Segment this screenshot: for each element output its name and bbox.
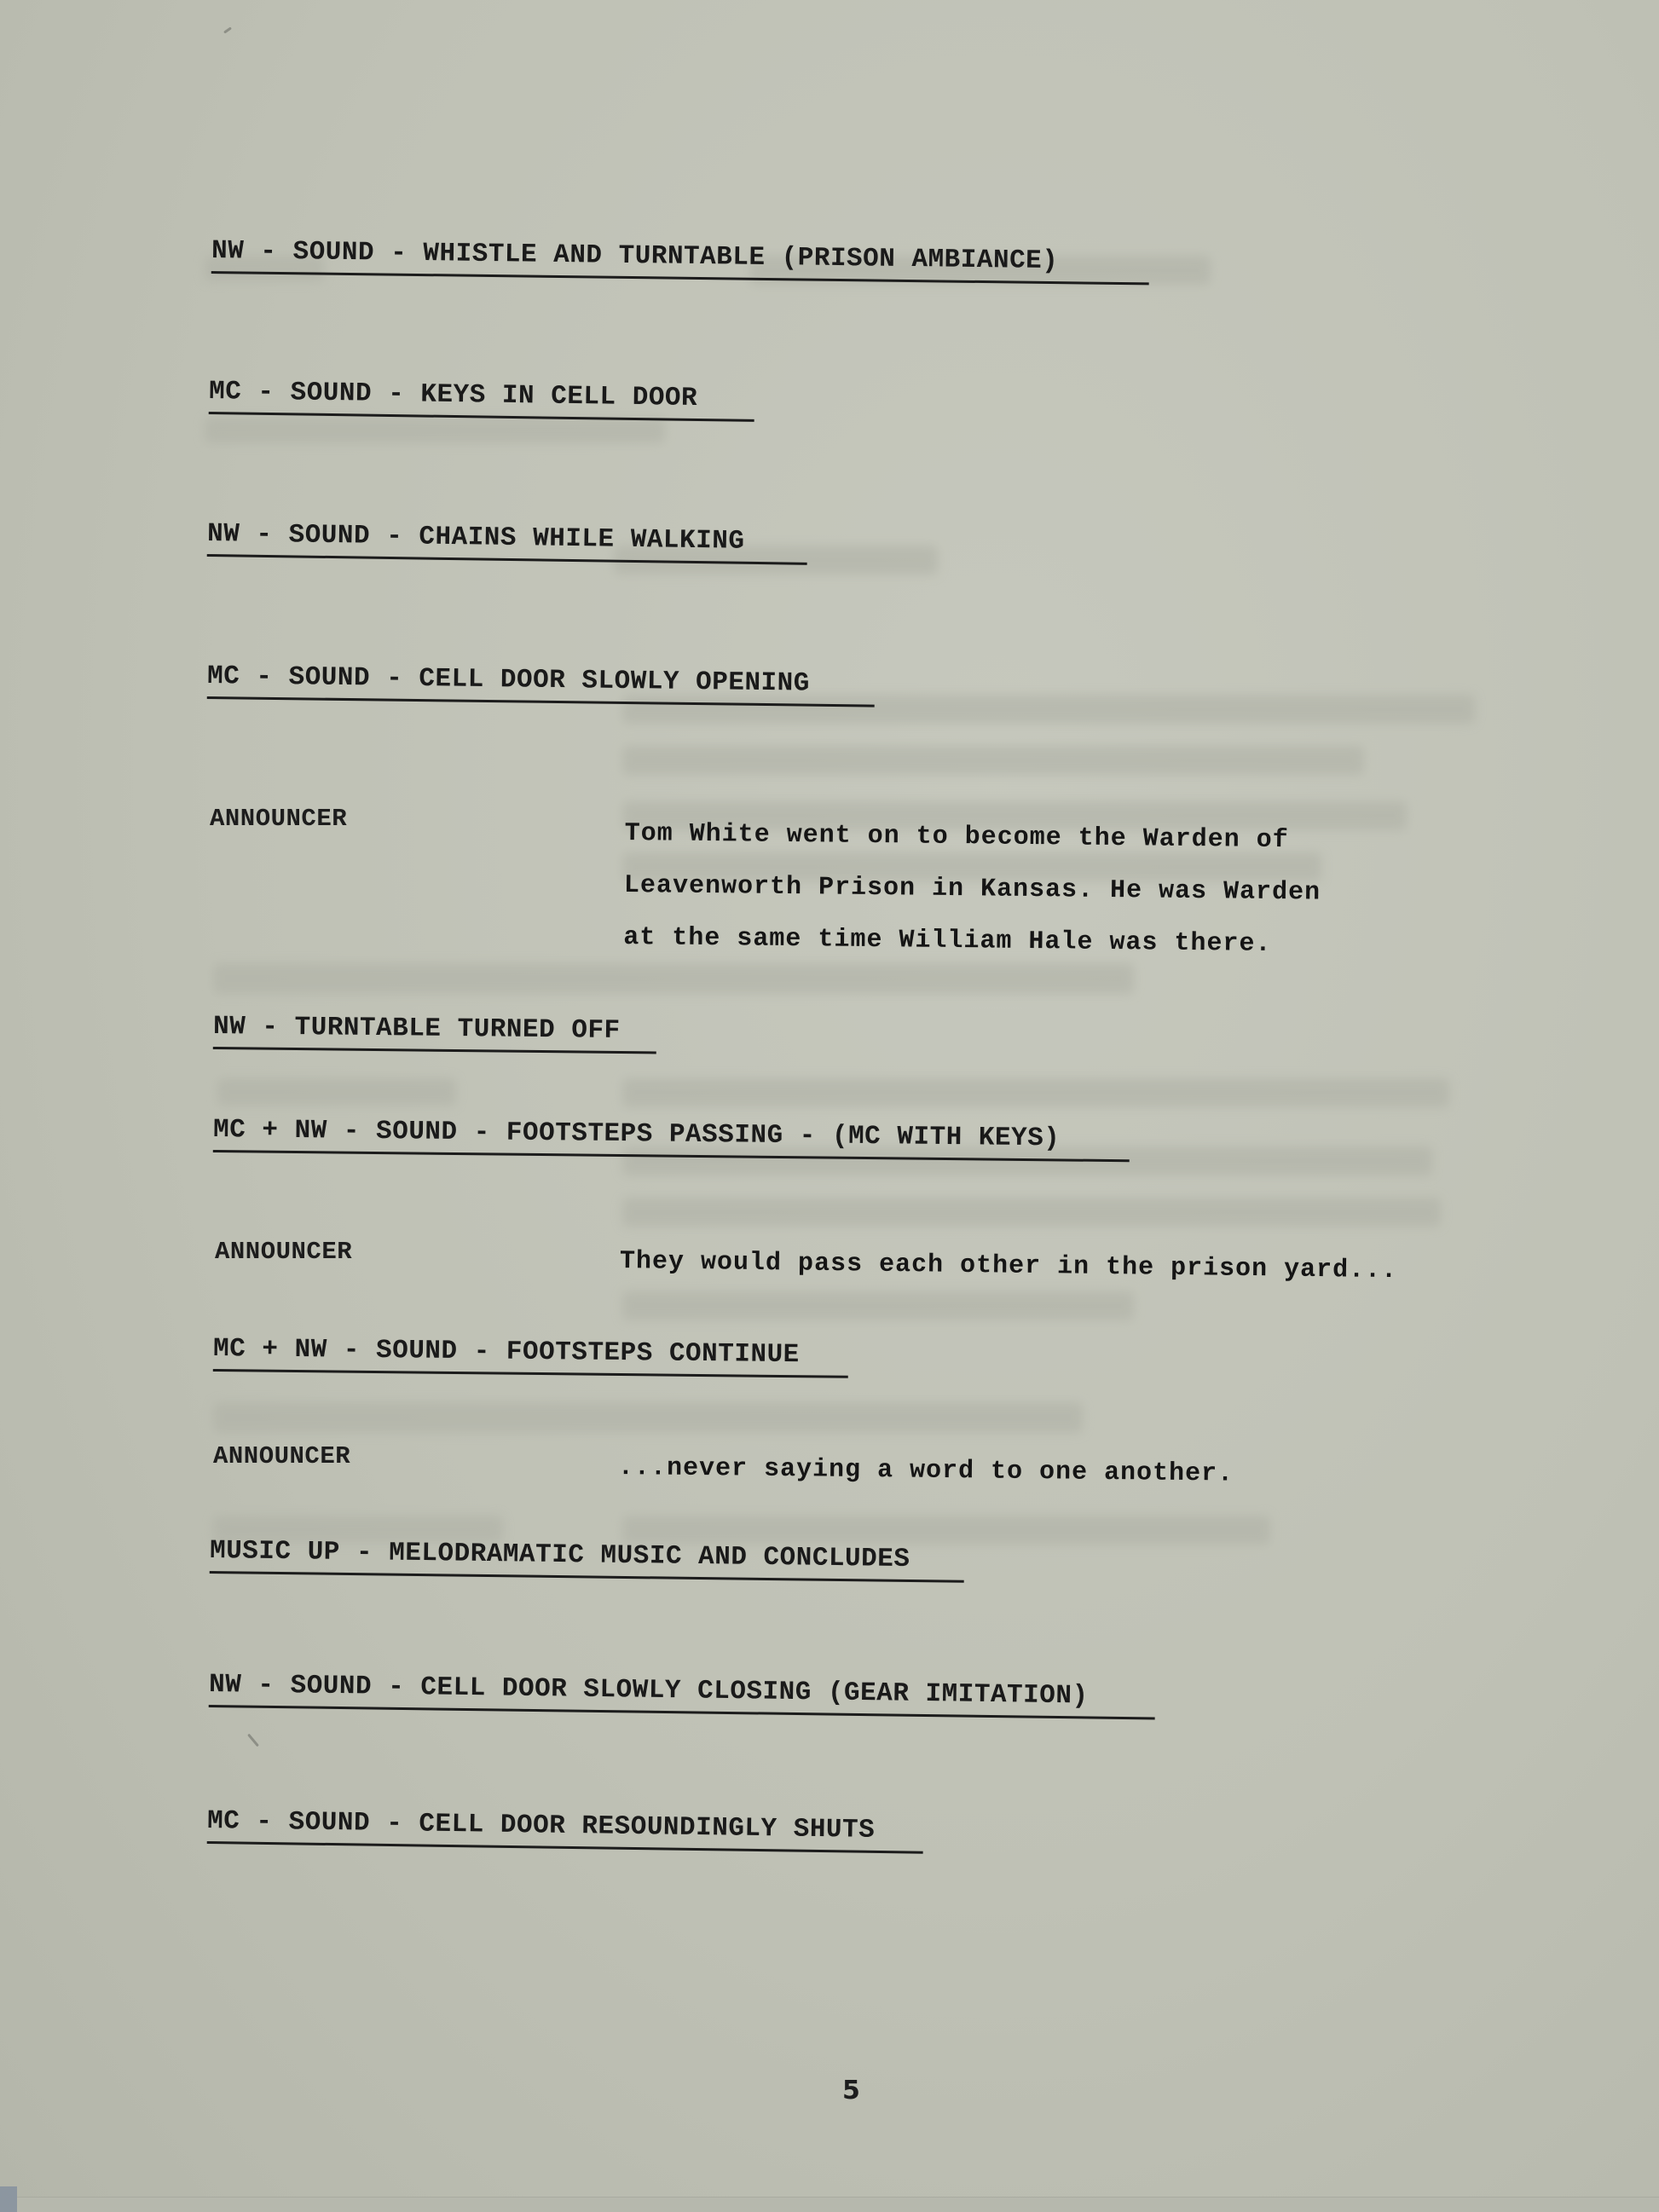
sound-cue: MC - SOUND - KEYS IN CELL DOOR [209,378,755,422]
page-number: 5 [842,2076,860,2105]
sound-cue: NW - TURNTABLE TURNED OFF [213,1013,656,1054]
script-page: NW - SOUND - WHISTLE AND TURNTABLE (PRIS… [0,0,1659,2212]
sound-cue: MC + NW - SOUND - FOOTSTEPS CONTINUE [213,1335,848,1378]
dialogue-line: ...never saying a word to one another. [618,1442,1234,1501]
dialogue-block: They would pass each other in the prison… [620,1236,1398,1297]
dialogue-line: They would pass each other in the prison… [620,1236,1398,1297]
sound-cue: NW - SOUND - CHAINS WHILE WALKING [207,520,808,565]
sound-cue: MC - SOUND - CELL DOOR SLOWLY OPENING [207,662,875,707]
sound-cue: MC + NW - SOUND - FOOTSTEPS PASSING - (M… [213,1116,1130,1162]
speaker-label: ANNOUNCER [210,805,347,833]
show-through-block [622,1198,1441,1227]
speaker-label: ANNOUNCER [213,1442,350,1470]
page-edge [0,2186,17,2212]
page-fold [17,2197,1659,2212]
dialogue-block: ...never saying a word to one another. [618,1442,1234,1501]
dialogue-line: Leavenworth Prison in Kansas. He was War… [624,860,1321,920]
sound-cue: MC - SOUND - CELL DOOR RESOUNDINGLY SHUT… [207,1807,924,1854]
show-through-block [217,1078,456,1106]
paper-speck [247,1734,259,1747]
dialogue-block: Tom White went on to become the Warden o… [623,808,1321,972]
dialogue-line: Tom White went on to become the Warden o… [624,808,1321,868]
speaker-label: ANNOUNCER [215,1238,352,1266]
sound-cue: NW - SOUND - CELL DOOR SLOWLY CLOSING (G… [209,1671,1155,1720]
show-through-block [622,1078,1449,1107]
show-through-block [622,746,1364,775]
show-through-block [622,1291,1134,1320]
sound-cue: NW - SOUND - WHISTLE AND TURNTABLE (PRIS… [211,237,1149,286]
dialogue-line: at the same time William Hale was there. [623,912,1321,972]
show-through-block [205,418,665,443]
paper-speck [223,26,232,33]
show-through-block [213,1402,1083,1433]
music-cue: MUSIC UP - MELODRAMATIC MUSIC AND CONCLU… [210,1537,964,1583]
show-through-block [622,1516,1270,1545]
